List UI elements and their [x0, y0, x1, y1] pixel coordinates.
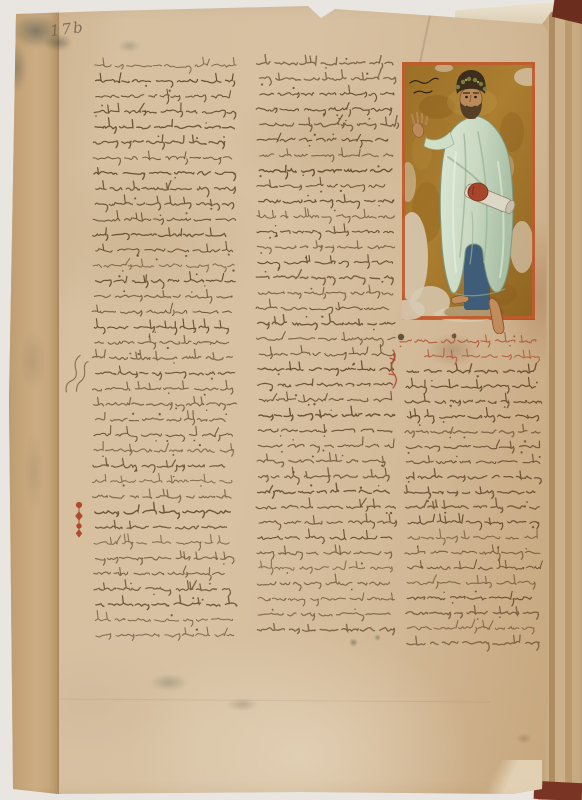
red-hand: [468, 183, 488, 201]
text-column-left: [84, 54, 244, 648]
marginal-ink-blots: [396, 327, 462, 337]
text-column-middle: [248, 52, 404, 642]
author-portrait-miniature: [402, 62, 535, 334]
folio-number: 17b: [49, 18, 86, 40]
marginal-red-ornament: [71, 500, 87, 538]
stain-spot: [150, 674, 188, 691]
left-guard-strip: [9, 10, 59, 794]
marginal-red-gloss: [386, 348, 400, 392]
stain-spot: [516, 733, 532, 744]
parchment-crease: [60, 698, 490, 702]
ink-smudge: [118, 40, 140, 52]
manuscript-photo: 17b: [0, 0, 582, 800]
corner-fold: [462, 760, 542, 794]
parchment-crease: [418, 12, 431, 65]
parchment-page: 17b: [0, 0, 582, 800]
text-column-right: [396, 330, 550, 656]
